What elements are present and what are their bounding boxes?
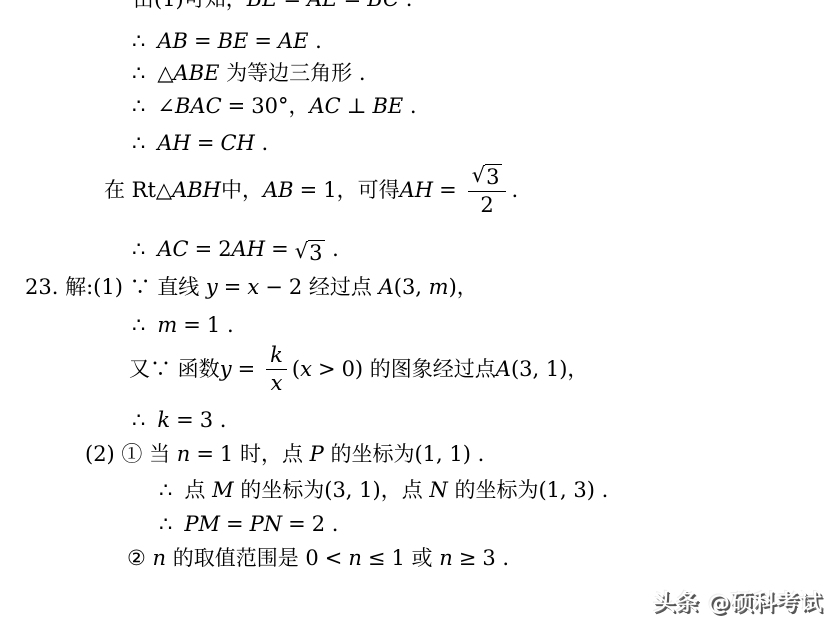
solution-line-angle-bac: ∴∠BAC=30°，AC⊥BE . bbox=[132, 94, 417, 118]
solution-line-hyperbola: 又∵ 函数 y=kx(x>0) 的图象经过点 A(3, 1)， bbox=[129, 346, 588, 392]
fraction: kx bbox=[266, 344, 287, 393]
solution-line-premise-clipped: 由(1)可知，BE=AE=BC . bbox=[133, 0, 412, 11]
solution-line-equilateral: ∴△ABE 为等边三角形 . bbox=[132, 61, 366, 85]
solution-line-part2-sub2: ② n 的取值范围是 0<n≤1 或 n≥3 . bbox=[127, 546, 509, 570]
solution-line-pm-pn: ∴PM=PN=2 . bbox=[159, 512, 338, 536]
fraction: √32 bbox=[468, 164, 507, 215]
problem-23-part1: 23. 解:(1) ∵ 直线 y=x−2 经过点 A(3, m)， bbox=[25, 275, 478, 299]
math-solution-document: { "document": { "kind": "math-exam-answe… bbox=[0, 0, 839, 633]
solution-line-ac-2ah: ∴AC=2AH=√3 . bbox=[132, 237, 339, 264]
solution-line-ab-be-ae: ∴AB=BE=AE . bbox=[132, 29, 322, 53]
solution-line-points-mn: ∴点 M 的坐标为(3, 1)，点 N 的坐标为(1, 3) . bbox=[159, 478, 608, 502]
solution-line-k-3: ∴k=3 . bbox=[132, 408, 226, 432]
square-root: √3 bbox=[472, 164, 503, 188]
solution-line-m-1: ∴m=1 . bbox=[132, 313, 234, 337]
solution-line-ah-ch: ∴AH=CH . bbox=[132, 131, 268, 155]
solution-line-rt-abh: 在 Rt△ABH 中，AB=1，可得 AH=√32 . bbox=[104, 167, 518, 213]
square-root: √3 bbox=[295, 240, 326, 264]
solution-line-part2-sub1: (2) ① 当 n=1 时，点 P 的坐标为(1, 1) . bbox=[85, 442, 484, 466]
toutiao-watermark: 头条 @硕科考试 bbox=[653, 586, 823, 617]
